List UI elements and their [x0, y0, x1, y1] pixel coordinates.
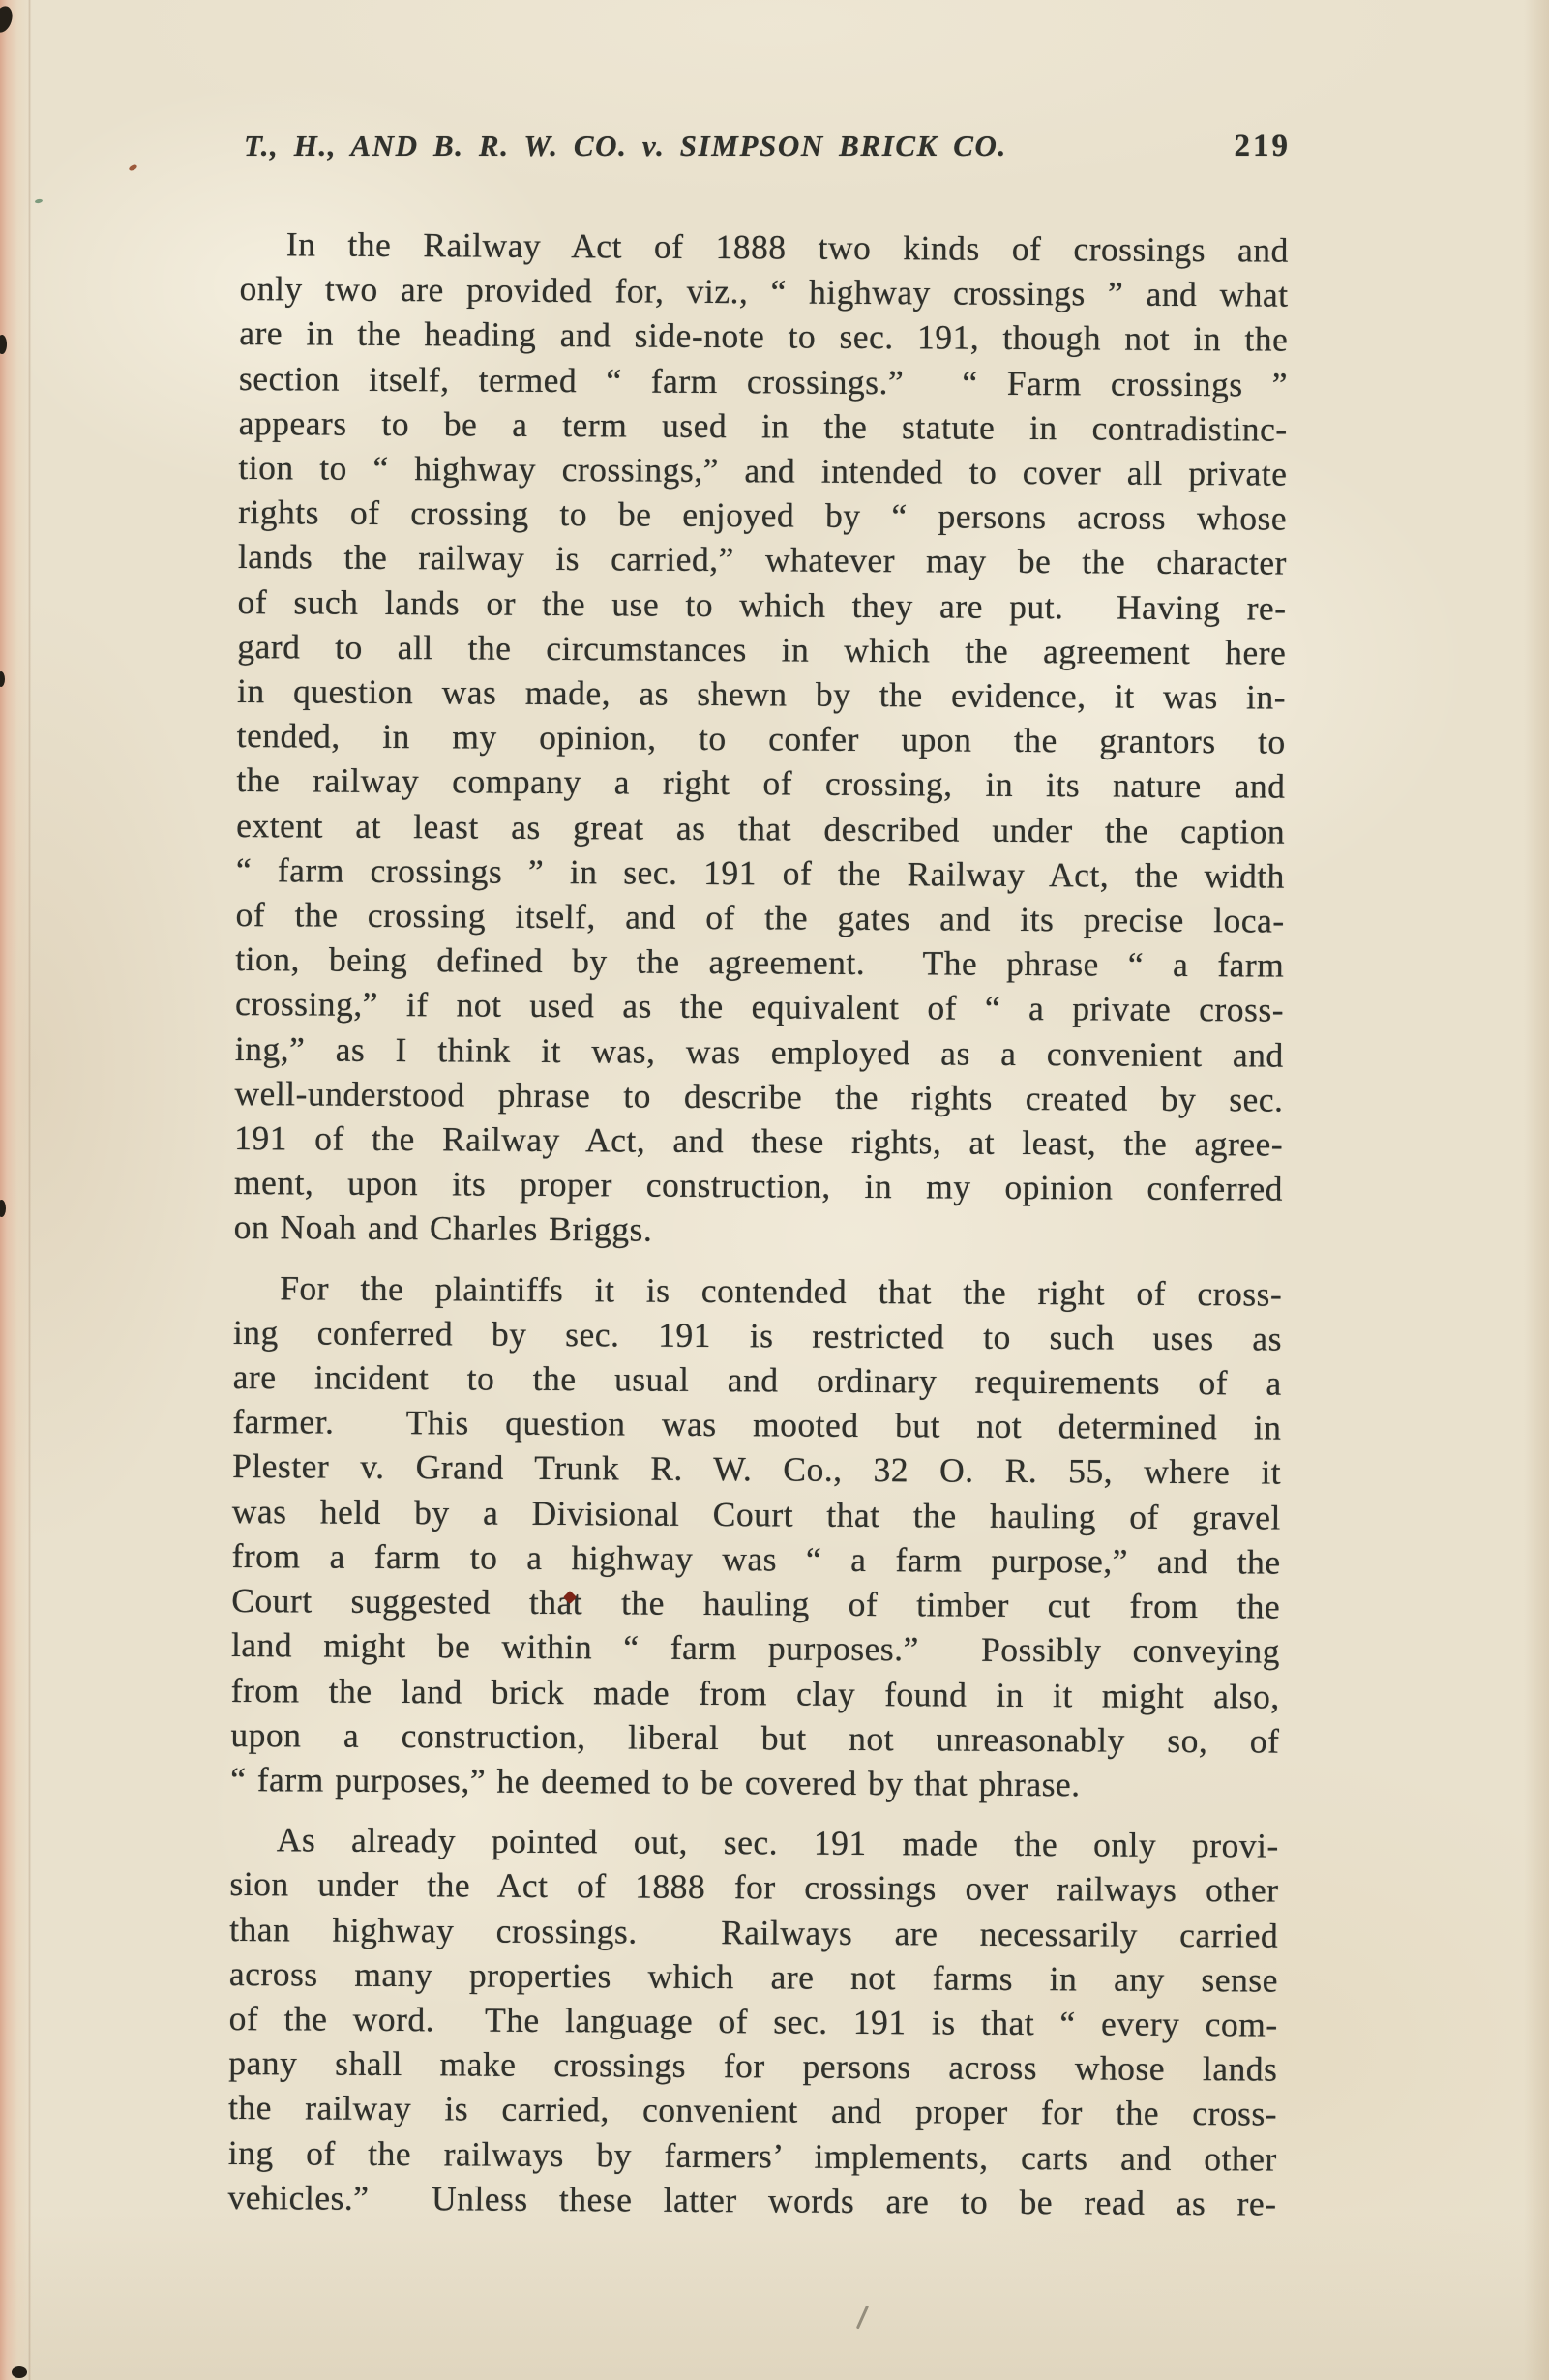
text-line: the railway is carried, convenient and p… [228, 2085, 1277, 2136]
text-line: tion, being defined by the agreement. Th… [235, 937, 1284, 988]
text-line: rights of crossing to be enjoyed by “ pe… [238, 490, 1287, 541]
text-line: Court suggested that the hauling of timb… [231, 1578, 1280, 1629]
text-line: well-understood phrase to describe the r… [234, 1071, 1283, 1122]
text-line: than highway crossings. Railways are nec… [229, 1906, 1278, 1957]
text-line: of such lands or the use to which they a… [237, 580, 1286, 631]
case-title: T., H., AND B. R. W. CO. v. SIMPSON BRIC… [244, 129, 1007, 164]
text-line: appears to be a term used in the statute… [239, 401, 1288, 452]
text-line: farmer. This question was mooted but not… [232, 1399, 1281, 1450]
text-line: Plester v. Grand Trunk R. W. Co., 32 O. … [232, 1443, 1281, 1495]
running-head: T., H., AND B. R. W. CO. v. SIMPSON BRIC… [244, 129, 1291, 164]
paper-fleck [128, 164, 137, 171]
text-line: are incident to the usual and ordinary r… [233, 1354, 1282, 1406]
text-line: tended, in my opinion, to confer upon th… [237, 713, 1286, 764]
text-line: only two are provided for, viz., “ highw… [239, 266, 1288, 317]
text-line: extent at least as great as that describ… [236, 803, 1285, 854]
binding-crease [28, 0, 31, 2380]
text-line: of the crossing itself, and of the gates… [235, 892, 1284, 943]
text-line: tion to “ highway crossings,” and intend… [238, 445, 1287, 496]
text-line: ing of the railways by farmers’ implemen… [228, 2129, 1277, 2181]
text-line: ing conferred by sec. 191 is restricted … [233, 1310, 1282, 1361]
page-body: In the Railway Act of 1888 two kinds of … [227, 222, 1289, 2226]
text-line: 191 of the Railway Act, and these rights… [234, 1116, 1283, 1167]
text-line: land might be within “ farm purposes.” P… [231, 1622, 1280, 1674]
page-number: 219 [1235, 129, 1292, 164]
text-line: sion under the Act of 1888 for crossings… [229, 1861, 1278, 1913]
pencil-slash-mark [856, 2306, 869, 2330]
text-line: are in the heading and side-note to sec.… [239, 311, 1288, 362]
text-line: section itself, termed “ farm crossings.… [239, 356, 1288, 407]
scanned-page: T., H., AND B. R. W. CO. v. SIMPSON BRIC… [0, 0, 1549, 2380]
text-line: vehicles.” Unless these latter words are… [227, 2175, 1276, 2226]
paragraph: As already pointed out, sec. 191 made th… [227, 1817, 1279, 2225]
text-line: In the Railway Act of 1888 two kinds of … [240, 222, 1289, 273]
paragraph: For the plaintiffs it is contended that … [230, 1265, 1282, 1808]
ink-speck [12, 2366, 27, 2378]
text-line: ing,” as I think it was, was employed as… [235, 1026, 1284, 1078]
text-line: was held by a Divisional Court that the … [232, 1489, 1281, 1540]
text-line: across many properties which are not far… [229, 1951, 1278, 2003]
text-line: in question was made, as shewn by the ev… [237, 669, 1286, 720]
text-line: “ farm purposes,” he deemed to be covere… [230, 1757, 1279, 1808]
text-line: ment, upon its proper construction, in m… [234, 1160, 1283, 1211]
text-line: lands the railway is carried,” whatever … [238, 534, 1287, 585]
text-line: pany shall make crossings for persons ac… [228, 2040, 1277, 2092]
paper-fleck [35, 198, 44, 203]
text-line: “ farm crossings ” in sec. 191 of the Ra… [236, 848, 1285, 899]
text-line: crossing,” if not used as the equivalent… [235, 981, 1284, 1032]
text-line: As already pointed out, sec. 191 made th… [230, 1817, 1279, 1868]
text-line: the railway company a right of crossing,… [236, 758, 1285, 809]
text-line: from a farm to a highway was “ a farm pu… [231, 1533, 1280, 1585]
text-line: For the plaintiffs it is contended that … [233, 1265, 1282, 1317]
text-line: from the land brick made from clay found… [231, 1667, 1280, 1718]
text-line: of the word. The language of sec. 191 is… [229, 1996, 1278, 2047]
text-line: on Noah and Charles Briggs. [234, 1205, 1283, 1256]
text-line: gard to all the circumstances in which t… [237, 624, 1286, 675]
page-right-edge-shading [1524, 0, 1549, 2380]
paragraph: In the Railway Act of 1888 two kinds of … [234, 222, 1289, 1256]
text-line: upon a construction, liberal but not unr… [230, 1712, 1279, 1764]
